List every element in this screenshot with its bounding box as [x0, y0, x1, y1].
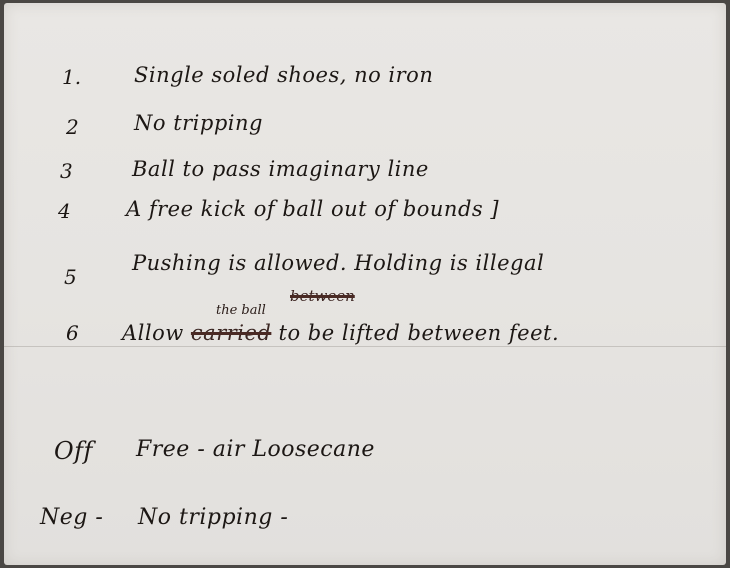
rule-2-text: No tripping — [134, 111, 263, 135]
fold-line — [4, 346, 726, 347]
rule-4-number: 4 — [58, 199, 71, 223]
rule-6-text-before: Allow — [122, 321, 184, 345]
rule-3-text: Ball to pass imaginary line — [132, 157, 429, 181]
rule-2-number: 2 — [66, 115, 79, 139]
rule-3-number: 3 — [60, 159, 73, 183]
footer-neg-text: No tripping - — [138, 505, 288, 530]
rule-5-text: Pushing is allowed. Holding is illegal — [132, 251, 544, 275]
rule-1-text: Single soled shoes, no iron — [134, 63, 433, 87]
rule-1-number: 1. — [62, 65, 81, 89]
rule-6-text-after: to be lifted between feet — [279, 321, 552, 345]
footer-off-text: Free - air Loosecane — [136, 437, 375, 462]
rule-4-text: A free kick of ball out of bounds ] — [126, 197, 499, 221]
rule-6-struck-above: between — [290, 287, 355, 305]
rule-6-line: Allow carried to be lifted between feet. — [122, 321, 559, 345]
rule-6-end-mark: . — [552, 321, 559, 345]
rule-6-insertion: the ball — [216, 303, 266, 318]
rule-5-number: 5 — [64, 265, 77, 289]
paper-sheet: 1. Single soled shoes, no iron 2 No trip… — [4, 3, 726, 565]
footer-neg-label: Neg - — [40, 505, 103, 530]
rule-6-number: 6 — [66, 321, 79, 345]
rule-6-struck-word: carried — [191, 321, 271, 345]
footer-off-label: Off — [54, 437, 93, 465]
